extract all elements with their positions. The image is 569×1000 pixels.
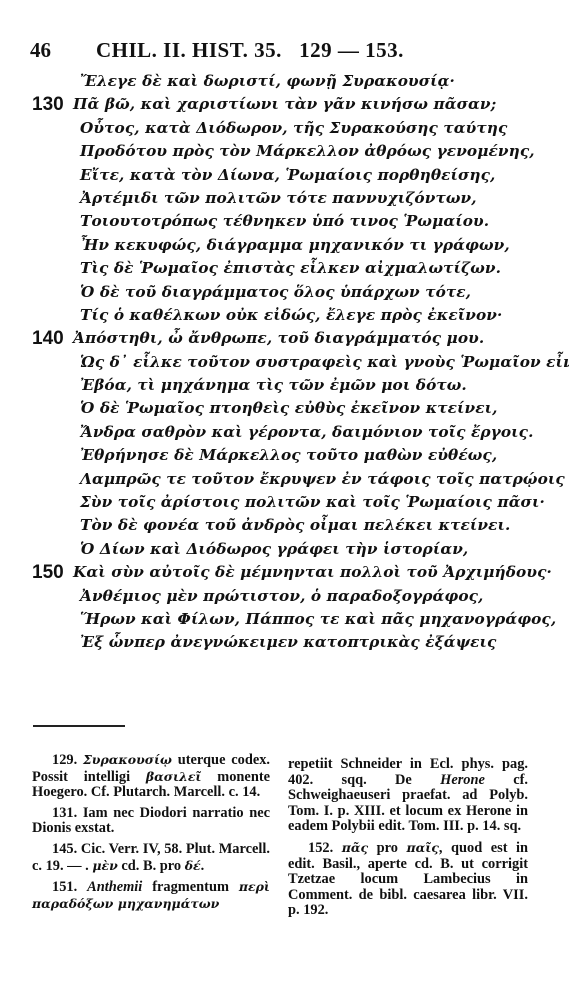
line-number: 140 xyxy=(32,327,64,350)
verse-line: Ὁ δὲ Ῥωμαῖος πτοηθεὶς εὐθὺς ἐκεῖνον κτεί… xyxy=(0,397,569,420)
verse-text-line: Ἐβόα, τὶ μηχάνημα τὶς τῶν ἐμῶν μοι δότω. xyxy=(80,374,467,397)
verse-text-line: Σὺν τοῖς ἀρίστοις πολιτῶν καὶ τοῖς Ῥωμαί… xyxy=(80,491,545,514)
verse-text-line: Ἔλεγε δὲ καὶ δωριστί, φωνῇ Συρακουσίᾳ· xyxy=(80,70,455,93)
verse-text-line: Προδότου πρὸς τὸν Μάρκελλον ἀθρόως γενομ… xyxy=(80,140,535,163)
verse-text-line: Ἀρτέμιδι τῶν πολιτῶν τότε παννυχιζόντων, xyxy=(80,187,477,210)
italic-term: Herone xyxy=(440,772,485,788)
verse-text-line: Τὸν δὲ φονέα τοῦ ἀνδρὸς οἶμαι πελέκει κτ… xyxy=(80,514,510,537)
verse-line: Ἀνθέμιος μὲν πρώτιστον, ὁ παραδοξογράφος… xyxy=(0,585,569,608)
verse-text-line: Ὡς δ᾽ εἷλκε τοῦτον συστραφεὶς καὶ γνοὺς … xyxy=(80,351,569,374)
verse-line: Ἐθρήνησε δὲ Μάρκελλος τοῦτο μαθὼν εὐθέως… xyxy=(0,444,569,467)
footnote-129: 129. Συρακουσίῳ uterque codex. Possit in… xyxy=(32,752,270,801)
footnote-152: 152. πᾶς pro παῖς, quod est in edit. Bas… xyxy=(288,840,528,919)
verse-line: Τὸν δὲ φονέα τοῦ ἀνδρὸς οἶμαι πελέκει κτ… xyxy=(0,514,569,537)
verse-line: Σὺν τοῖς ἀρίστοις πολιτῶν καὶ τοῖς Ῥωμαί… xyxy=(0,491,569,514)
verse-text-line: Ἦν κεκυφώς, διάγραμμα μηχανικόν τι γράφω… xyxy=(80,234,510,257)
verse-text-line: Ὁ δὲ τοῦ διαγράμματος ὅλος ὑπάρχων τότε, xyxy=(80,281,471,304)
verse-text-line: Καὶ σὺν αὐτοῖς δὲ μέμνηνται πολλοὶ τοῦ Ἀ… xyxy=(73,561,552,584)
verse-line: 150Καὶ σὺν αὐτοῖς δὲ μέμνηνται πολλοὶ το… xyxy=(0,561,569,584)
italic-term: Anthemii xyxy=(87,879,142,895)
verse-text-line: Τοιουτοτρόπως τέθνηκεν ὑπό τινος Ῥωμαίου… xyxy=(80,210,489,233)
verse-text-line: Ἀνθέμιος μὲν πρώτιστον, ὁ παραδοξογράφος… xyxy=(80,585,483,608)
verse-line: Ὁ Δίων καὶ Διόδωρος γράφει τὴν ἱστορίαν, xyxy=(0,538,569,561)
greek-term: μὲν xyxy=(92,858,117,873)
footnote-131: 131. Iam nec Diodori narratio nec Dionis… xyxy=(32,806,270,837)
footnote-text: 129. xyxy=(52,752,83,768)
verse-text-line: Οὗτος, κατὰ Διόδωρον, τῆς Συρακούσης ταύ… xyxy=(80,117,507,140)
verse-line: Εἴτε, κατὰ τὸν Δίωνα, Ῥωμαίοις πορθηθείσ… xyxy=(0,164,569,187)
footnote-text: fragmentum xyxy=(142,879,239,895)
footnotes-right-column: repetiit Schneider in Ecl. phys. pag. 40… xyxy=(288,757,528,924)
footnotes-left-column: 129. Συρακουσίῳ uterque codex. Possit in… xyxy=(32,752,270,917)
verse-text-line: Ἥρων καὶ Φίλων, Πάππος τε καὶ πᾶς μηχανο… xyxy=(80,608,556,631)
footnote-text: cd. B. pro xyxy=(118,858,185,874)
verse-text-line: Ὁ Δίων καὶ Διόδωρος γράφει τὴν ἱστορίαν, xyxy=(80,538,468,561)
verse-line: Λαμπρῶς τε τοῦτον ἔκρυψεν ἐν τάφοις τοῖς… xyxy=(0,468,569,491)
footnote-text: 152. xyxy=(308,840,342,856)
greek-term: πᾶς xyxy=(342,840,368,855)
verse-text-line: Λαμπρῶς τε τοῦτον ἔκρυψεν ἐν τάφοις τοῖς… xyxy=(80,468,565,491)
verse-line: Ἄνδρα σαθρὸν καὶ γέροντα, δαιμόνιον τοῖς… xyxy=(0,421,569,444)
footnote-divider xyxy=(33,725,125,727)
verse-text-line: Τίς ὁ καθέλκων οὐκ εἰδώς, ἔλεγε πρὸς ἐκε… xyxy=(80,304,502,327)
greek-term: βασιλεῖ xyxy=(146,769,202,784)
verse-line: Ἐξ ὧνπερ ἀνεγνώκειμεν κατοπτρικὰς ἐξάψει… xyxy=(0,631,569,654)
verse-line: Ἦν κεκυφώς, διάγραμμα μηχανικόν τι γράφω… xyxy=(0,234,569,257)
footnote-text: pro xyxy=(368,840,406,856)
verse-line: Ἀρτέμιδι τῶν πολιτῶν τότε παννυχιζόντων, xyxy=(0,187,569,210)
footnote-text: 131. Iam nec Diodori narratio nec Dionis… xyxy=(32,805,270,837)
greek-term: δέ xyxy=(185,858,201,873)
page-number: 46 xyxy=(30,38,51,63)
verse-text-line: Πᾶ βῶ, καὶ χαριστίωνι τὰν γᾶν κινήσω πᾶσ… xyxy=(73,93,496,116)
verse-line: Ἥρων καὶ Φίλων, Πάππος τε καὶ πᾶς μηχανο… xyxy=(0,608,569,631)
verse-line: Τὶς δὲ Ῥωμαῖος ἐπιστὰς εἷλκεν αἰχμαλωτίζ… xyxy=(0,257,569,280)
verse-text-line: Ἀπόστηθι, ὦ ἄνθρωπε, τοῦ διαγράμματός μο… xyxy=(73,327,484,350)
verse-line: Τοιουτοτρόπως τέθνηκεν ὑπό τινος Ῥωμαίου… xyxy=(0,210,569,233)
page-header: 46 CHIL. II. HIST. 35. 129 — 153. xyxy=(30,38,550,66)
verse-text-line: Τὶς δὲ Ῥωμαῖος ἐπιστὰς εἷλκεν αἰχμαλωτίζ… xyxy=(80,257,501,280)
footnote-text: 151. xyxy=(52,879,87,895)
verse-line: Ἐβόα, τὶ μηχάνημα τὶς τῶν ἐμῶν μοι δότω. xyxy=(0,374,569,397)
running-title: CHIL. II. HIST. 35. 129 — 153. xyxy=(96,38,404,63)
verse-text: Ἔλεγε δὲ καὶ δωριστί, φωνῇ Συρακουσίᾳ·13… xyxy=(0,70,569,655)
verse-text-line: Εἴτε, κατὰ τὸν Δίωνα, Ῥωμαίοις πορθηθείσ… xyxy=(80,164,495,187)
footnote-151: 151. Anthemii fragmentum περὶ παραδόξων … xyxy=(32,879,270,912)
verse-line: 130Πᾶ βῶ, καὶ χαριστίωνι τὰν γᾶν κινήσω … xyxy=(0,93,569,116)
verse-text-line: Ἐξ ὧνπερ ἀνεγνώκειμεν κατοπτρικὰς ἐξάψει… xyxy=(80,631,496,654)
verse-line: Οὗτος, κατὰ Διόδωρον, τῆς Συρακούσης ταύ… xyxy=(0,117,569,140)
verse-line: Προδότου πρὸς τὸν Μάρκελλον ἀθρόως γενομ… xyxy=(0,140,569,163)
verse-text-line: Ὁ δὲ Ῥωμαῖος πτοηθεὶς εὐθὺς ἐκεῖνον κτεί… xyxy=(80,397,498,420)
verse-line: Ὡς δ᾽ εἷλκε τοῦτον συστραφεὶς καὶ γνοὺς … xyxy=(0,351,569,374)
verse-text-line: Ἐθρήνησε δὲ Μάρκελλος τοῦτο μαθὼν εὐθέως… xyxy=(80,444,497,467)
line-number: 150 xyxy=(32,561,64,584)
greek-term: Συρακουσίῳ xyxy=(83,752,172,767)
verse-text-line: Ἄνδρα σαθρὸν καὶ γέροντα, δαιμόνιον τοῖς… xyxy=(80,421,534,444)
verse-line: 140Ἀπόστηθι, ὦ ἄνθρωπε, τοῦ διαγράμματός… xyxy=(0,327,569,350)
line-number: 130 xyxy=(32,93,64,116)
footnote-145: 145. Cic. Verr. IV, 58. Plut. Marcell. c… xyxy=(32,842,270,874)
verse-line: Τίς ὁ καθέλκων οὐκ εἰδώς, ἔλεγε πρὸς ἐκε… xyxy=(0,304,569,327)
greek-term: παῖς xyxy=(406,840,438,855)
footnote-151-cont: repetiit Schneider in Ecl. phys. pag. 40… xyxy=(288,757,528,835)
footnote-text: . xyxy=(201,858,205,874)
verse-line: Ὁ δὲ τοῦ διαγράμματος ὅλος ὑπάρχων τότε, xyxy=(0,281,569,304)
verse-line: Ἔλεγε δὲ καὶ δωριστί, φωνῇ Συρακουσίᾳ· xyxy=(0,70,569,93)
